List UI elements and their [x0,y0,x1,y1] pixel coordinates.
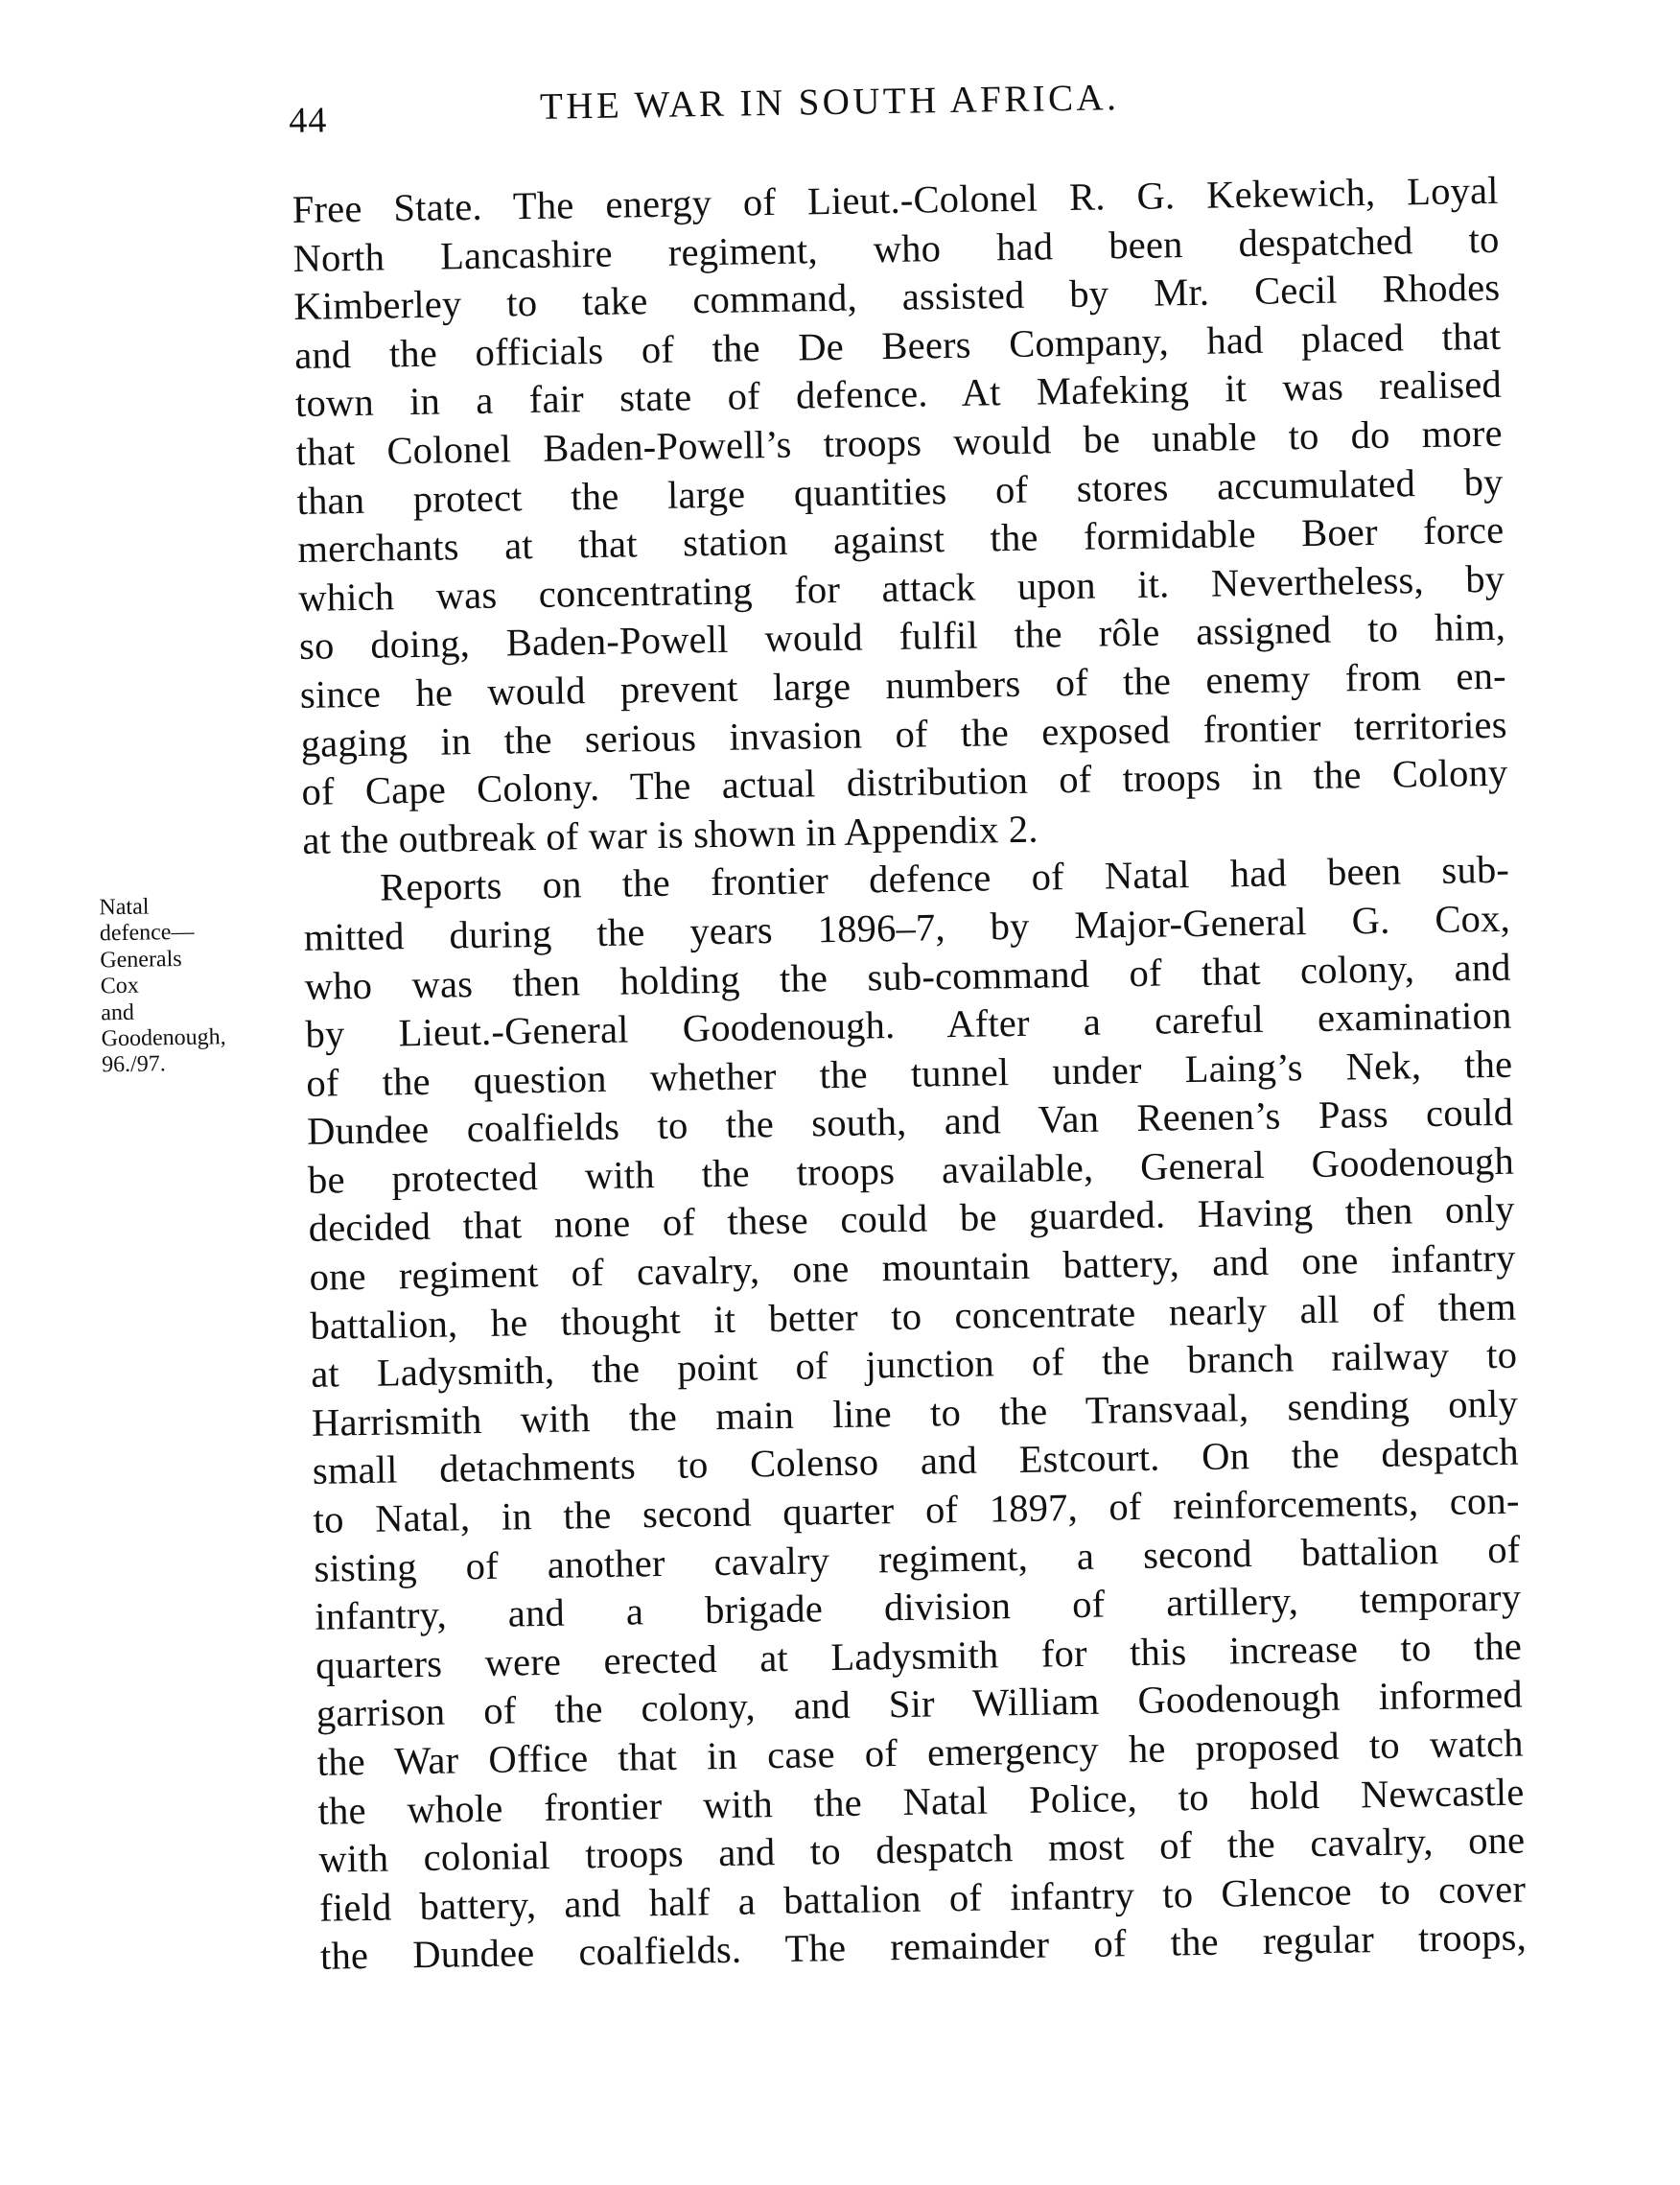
running-title: THE WAR IN SOUTH AFRICA. [540,77,1120,129]
page-number: 44 [289,99,328,142]
margin-note-line: 96./97. [102,1050,284,1079]
margin-note: Natal defence— Generals Cox and Goodenou… [99,892,284,1079]
paragraph-kimberley-mafeking: Free State. The energy of Lieut.-Colonel… [292,167,1508,865]
margin-note-line: Natal [99,892,281,921]
margin-note-line: Generals [100,945,282,974]
margin-note-line: and [101,998,283,1026]
paragraph-natal-defence: Reports on the frontier defence of Natal… [303,846,1528,1982]
margin-note-line: Cox [101,971,283,999]
margin-note-line: Goodenough, [101,1023,283,1052]
book-page: 44 THE WAR IN SOUTH AFRICA. Natal defenc… [0,0,1680,2185]
body-text: Free State. The energy of Lieut.-Colonel… [292,167,1527,1982]
margin-note-line: defence— [100,919,282,948]
running-head: 44 THE WAR IN SOUTH AFRICA. [289,84,1248,142]
